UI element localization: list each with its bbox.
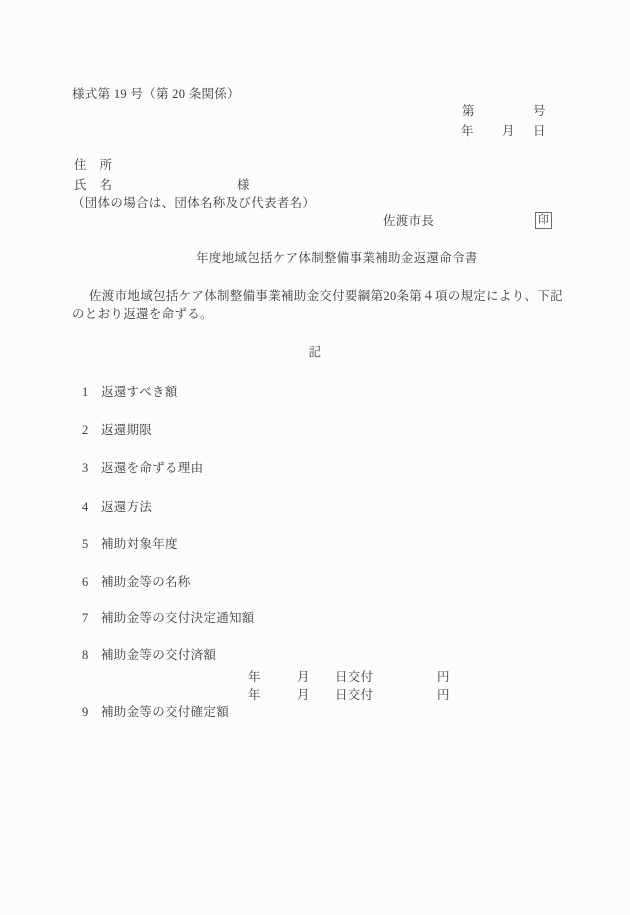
list-item-number: 9 — [82, 705, 101, 719]
payment-unit-label: 円 — [437, 670, 450, 684]
honorific-label: 様 — [237, 178, 250, 192]
date-year-label: 年 — [461, 124, 474, 138]
payment-month-label: 月 — [297, 670, 310, 684]
seal-mark-box: 印 — [535, 212, 552, 229]
list-item-number: 6 — [82, 575, 101, 589]
list-item-number: 4 — [82, 500, 101, 514]
payment-paid-label: 日交付 — [335, 670, 373, 684]
list-item: 3返還を命ずる理由 — [82, 461, 203, 475]
list-item-label: 返還方法 — [101, 500, 152, 514]
list-item-label: 返還期限 — [101, 423, 152, 437]
document-title: 年度地域包括ケア体制整備事業補助金返還命令書 — [196, 251, 478, 265]
list-item: 6補助金等の名称 — [82, 575, 191, 589]
body-paragraph-line2: のとおり返還を命ずる。 — [72, 307, 213, 321]
seal-mark: 印 — [538, 215, 549, 226]
list-item-label: 補助金等の名称 — [101, 575, 191, 589]
address-label: 住 所 — [74, 158, 112, 172]
issuer-name: 佐渡市長 — [383, 214, 434, 228]
payment-paid-label: 日交付 — [335, 688, 373, 702]
record-marker: 記 — [0, 345, 630, 359]
name-label: 氏 名 — [74, 178, 112, 192]
list-item: 8補助金等の交付済額 — [82, 648, 216, 662]
form-number: 様式第 19 号（第 20 条関係） — [72, 87, 240, 101]
list-item-number: 8 — [82, 648, 101, 662]
date-day-label: 日 — [533, 124, 546, 138]
doc-number-suffix: 号 — [533, 104, 546, 118]
payment-year-label: 年 — [248, 688, 261, 702]
list-item: 5補助対象年度 — [82, 537, 178, 551]
payment-month-label: 月 — [297, 688, 310, 702]
list-item: 2返還期限 — [82, 423, 152, 437]
list-item-label: 返還を命ずる理由 — [101, 461, 203, 475]
list-item-label: 補助対象年度 — [101, 537, 178, 551]
group-note: （団体の場合は、団体名称及び代表者名） — [72, 196, 315, 210]
list-item: 4返還方法 — [82, 500, 152, 514]
doc-number-prefix: 第 — [462, 104, 475, 118]
list-item-number: 5 — [82, 537, 101, 551]
date-month-label: 月 — [502, 124, 515, 138]
list-item-label: 補助金等の交付確定額 — [101, 705, 229, 719]
list-item: 1返還すべき額 — [82, 385, 178, 399]
list-item: 9補助金等の交付確定額 — [82, 705, 229, 719]
list-item-label: 返還すべき額 — [101, 385, 178, 399]
list-item-number: 3 — [82, 461, 101, 475]
list-item-label: 補助金等の交付済額 — [101, 648, 216, 662]
list-item-number: 2 — [82, 423, 101, 437]
body-paragraph-line1: 佐渡市地域包括ケア体制整備事業補助金交付要綱第20条第４項の規定により、下記 — [72, 289, 563, 303]
list-item: 7補助金等の交付決定通知額 — [82, 611, 255, 625]
list-item-number: 7 — [82, 611, 101, 625]
list-item-number: 1 — [82, 385, 101, 399]
list-item-label: 補助金等の交付決定通知額 — [101, 611, 255, 625]
payment-year-label: 年 — [248, 670, 261, 684]
payment-unit-label: 円 — [437, 688, 450, 702]
document-page: 様式第 19 号（第 20 条関係） 第 号 年 月 日 住 所 氏 名 様 （… — [0, 0, 630, 915]
